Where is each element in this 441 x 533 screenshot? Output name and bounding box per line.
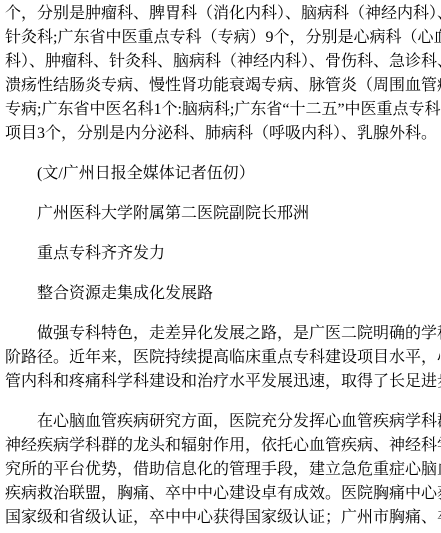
text-line: 神经疾病学科群的龙头和辐射作用，依托心血管疾病、神经科学研 <box>5 434 436 458</box>
text-line: 个，分别是肿瘤科、脾胃科（消化内科）、脑病科（神经内科）、 <box>5 2 436 26</box>
text-line: 项目3个，分别是内分泌科、肺病科（呼吸内科）、乳腺外科。 <box>5 122 436 146</box>
text-line: 专病;广东省中医名科1个:脑病科;广东省“十二五”中医重点专科建设 <box>5 98 436 122</box>
paragraph: 个，分别是肿瘤科、脾胃科（消化内科）、脑病科（神经内科）、针灸科;广东省中医重点… <box>5 2 436 146</box>
paragraph: 整合资源走集成化发展路 <box>5 282 436 306</box>
text-line: (文/广州日报全媒体记者伍仞） <box>5 162 436 186</box>
text-line: 重点专科齐齐发力 <box>5 242 436 266</box>
paragraph: 重点专科齐齐发力 <box>5 242 436 266</box>
paragraph: 做强专科特色，走差异化发展之路，是广医二院明确的学科进阶路径。近年来，医院持续提… <box>5 322 436 394</box>
text-line: 做强专科特色，走差异化发展之路，是广医二院明确的学科进 <box>5 322 436 346</box>
text-line: 管内科和疼痛科学科建设和治疗水平发展迅速，取得了长足进步。 <box>5 370 436 394</box>
text-line: 疾病救治联盟，胸痛、卒中中心建设卓有成效。医院胸痛中心获得 <box>5 482 436 506</box>
text-line: 在心脑血管疾病研究方面，医院充分发挥心血管疾病学科群和 <box>5 410 436 434</box>
text-line: 究所的平台优势，借助信息化的管理手段，建立急危重症心脑血管 <box>5 458 436 482</box>
text-line: 科）、肿瘤科、针灸科、脑病科（神经内科）、骨伤科、急诊科、 <box>5 50 436 74</box>
paragraph: 在心脑血管疾病研究方面，医院充分发挥心血管疾病学科群和神经疾病学科群的龙头和辐射… <box>5 410 436 530</box>
paragraph: 广州医科大学附属第二医院副院长邢洲 <box>5 202 436 226</box>
paragraph: (文/广州日报全媒体记者伍仞） <box>5 162 436 186</box>
text-line: 阶路径。近年来，医院持续提高临床重点专科建设项目水平，心血 <box>5 346 436 370</box>
text-line: 整合资源走集成化发展路 <box>5 282 436 306</box>
article-body: 个，分别是肿瘤科、脾胃科（消化内科）、脑病科（神经内科）、针灸科;广东省中医重点… <box>5 2 436 530</box>
text-line: 针灸科;广东省中医重点专科（专病）9个，分别是心病科（心血管内 <box>5 26 436 50</box>
text-line: 溃疡性结肠炎专病、慢性肾功能衰竭专病、脉管炎（周围血管病） <box>5 74 436 98</box>
article-page: 个，分别是肿瘤科、脾胃科（消化内科）、脑病科（神经内科）、针灸科;广东省中医重点… <box>0 0 441 533</box>
text-line: 国家级和省级认证，卒中中心获得国家级认证；广州市胸痛、卒中 <box>5 506 436 530</box>
text-line: 广州医科大学附属第二医院副院长邢洲 <box>5 202 436 226</box>
